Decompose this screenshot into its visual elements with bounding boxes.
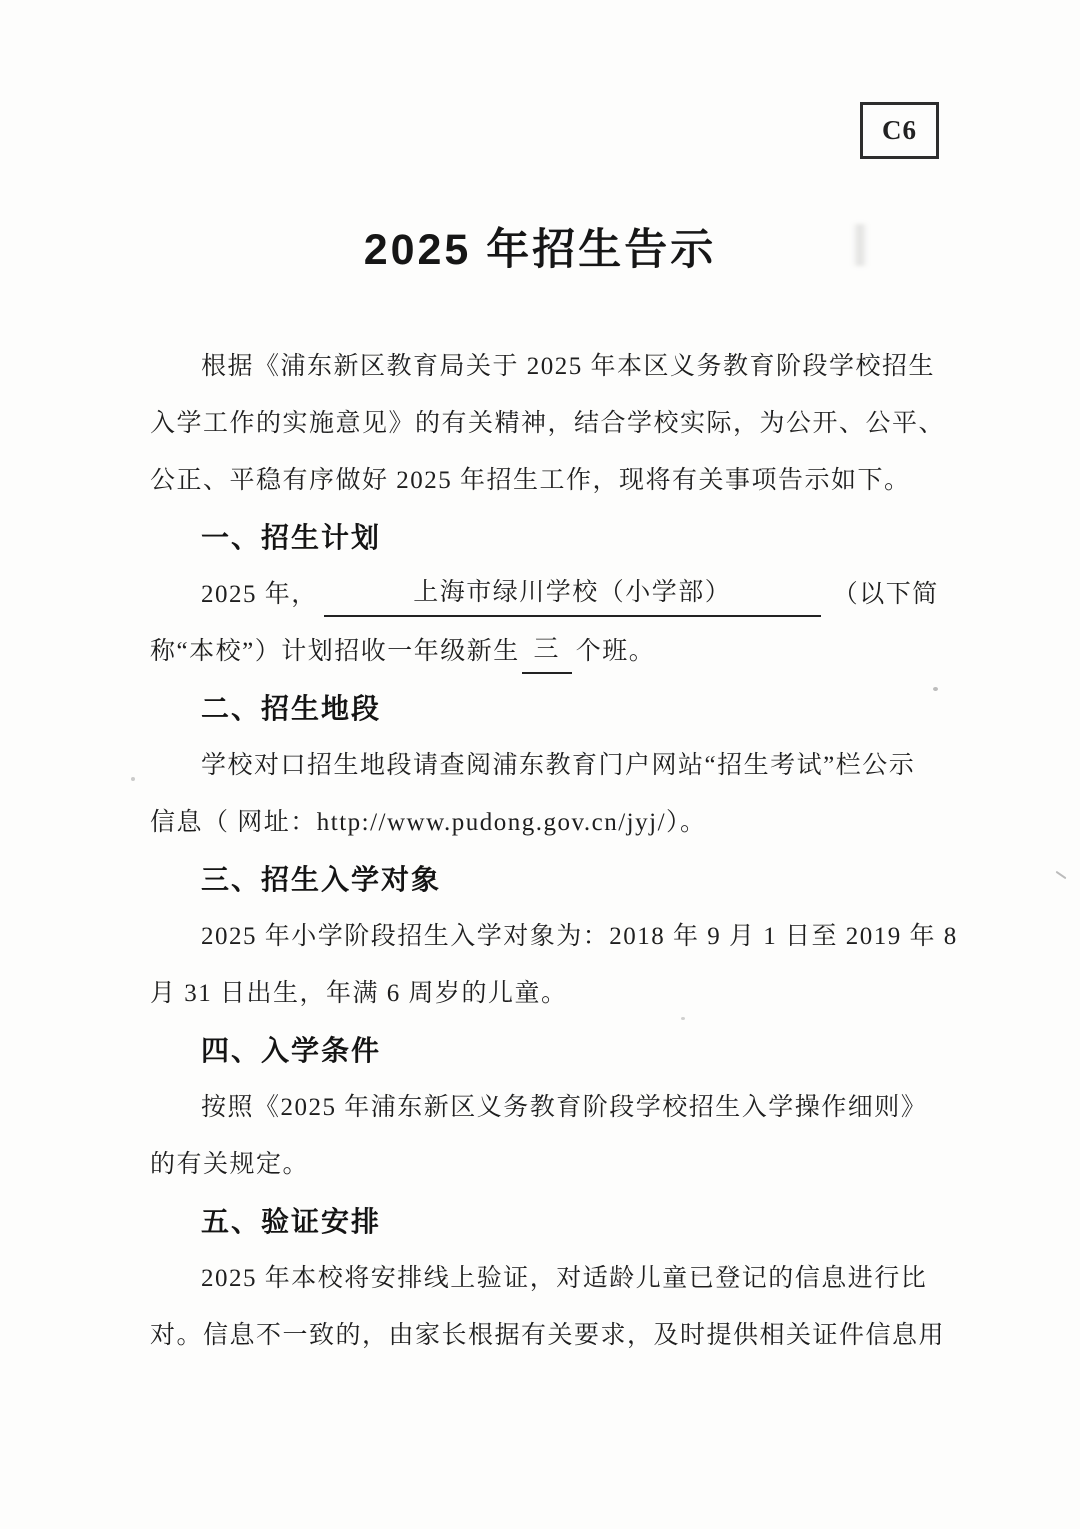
section4-line-2: 的有关规定。 [150,1136,932,1193]
section1-heading: 一、招生计划 [150,509,932,566]
section1-line2-prefix: 称“本校”）计划招收一年级新生 [150,638,520,665]
section2-heading: 二、招生地段 [150,680,932,737]
section2-line-2: 信息（ 网址：http://www.pudong.gov.cn/jyj/）。 [150,794,932,851]
section4-heading: 四、入学条件 [150,1022,932,1079]
intro-line-1: 根据《浦东新区教育局关于 2025 年本区义务教育阶段学校招生 [150,338,932,395]
section1-line-2: 称“本校”）计划招收一年级新生三个班。 [150,623,932,680]
scan-speck [681,1017,685,1020]
page-code-box: C6 [860,102,939,159]
class-count-blank: 三 [522,627,572,674]
section1-line1-suffix: （以下简 [833,581,939,608]
section5-line-1: 2025 年本校将安排线上验证，对适龄儿童已登记的信息进行比 [150,1250,932,1307]
section1-line2-suffix: 个班。 [576,638,656,665]
scanned-document-page: C6 2025 年招生告示 根据《浦东新区教育局关于 2025 年本区义务教育阶… [0,0,1080,1529]
section4-line-1: 按照《2025 年浦东新区义务教育阶段学校招生入学操作细则》 [150,1079,932,1136]
school-name-blank: 上海市绿川学校（小学部） [324,570,821,617]
section1-line1-prefix: 2025 年， [201,581,318,608]
class-count-value: 三 [533,636,560,663]
intro-line-3: 公正、平稳有序做好 2025 年招生工作，现将有关事项告示如下。 [150,452,932,509]
intro-line-2: 入学工作的实施意见》的有关精神，结合学校实际，为公开、公平、 [150,395,932,452]
section3-line-1: 2025 年小学阶段招生入学对象为：2018 年 9 月 1 日至 2019 年… [150,908,932,965]
document-body: 根据《浦东新区教育局关于 2025 年本区义务教育阶段学校招生 入学工作的实施意… [150,338,932,1364]
section5-line-2: 对。信息不一致的，由家长根据有关要求，及时提供相关证件信息用 [150,1307,932,1364]
scan-speck [933,687,938,691]
section3-line-2: 月 31 日出生，年满 6 周岁的儿童。 [150,965,932,1022]
page-code-label: C6 [882,115,917,146]
section3-heading: 三、招生入学对象 [150,851,932,908]
scan-tick-mark [1056,871,1067,880]
school-name-value: 上海市绿川学校（小学部） [413,579,731,606]
scan-speck [131,777,135,781]
section5-heading: 五、验证安排 [150,1193,932,1250]
section1-line-1: 2025 年，上海市绿川学校（小学部）（以下简 [150,566,932,623]
section2-line-1: 学校对口招生地段请查阅浦东教育门户网站“招生考试”栏公示 [150,737,932,794]
document-title: 2025 年招生告示 [0,216,1080,277]
